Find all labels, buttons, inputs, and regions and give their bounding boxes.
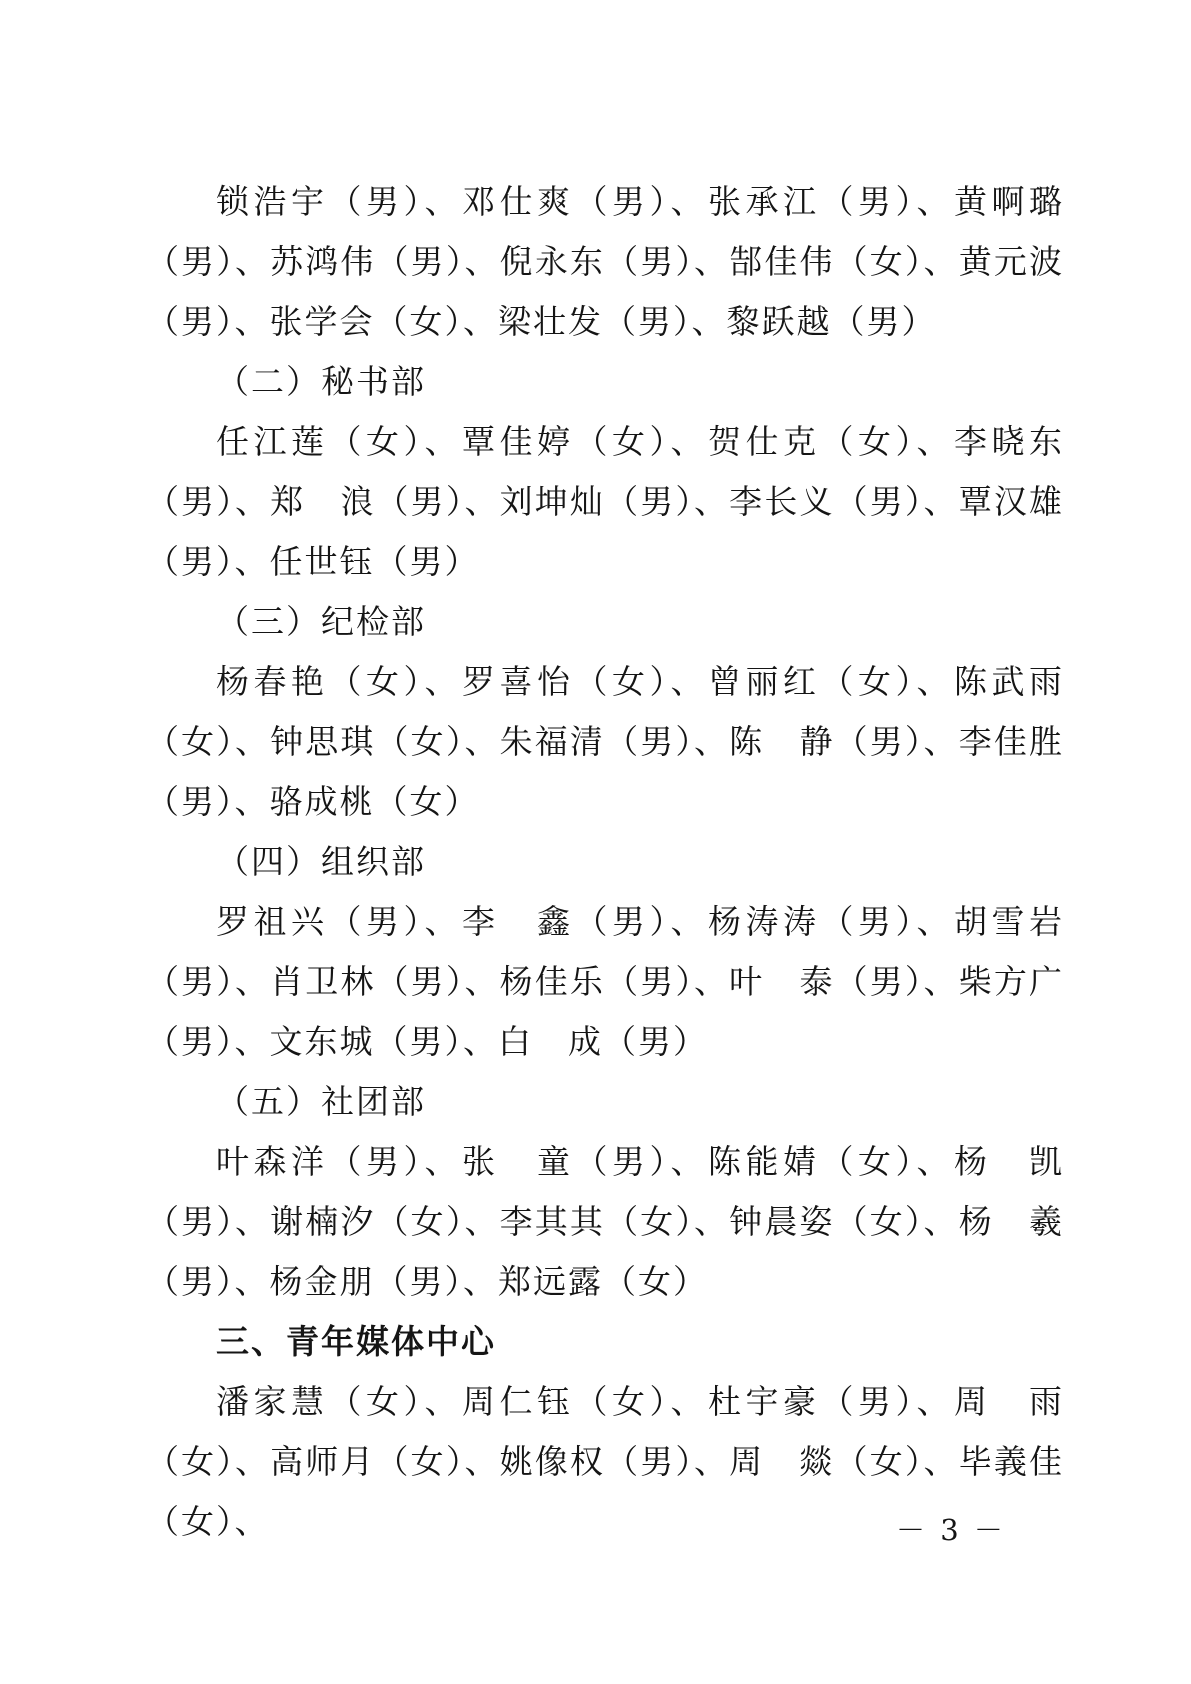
name-list-paragraph-organization: 罗祖兴（男）、李 鑫（男）、杨涛涛（男）、胡雪岩（男）、肖卫林（男）、杨佳乐（男… xyxy=(146,892,1064,1072)
name-list-paragraph-clubs: 叶森洋（男）、张 童（男）、陈能婧（女）、杨 凯（男）、谢楠汐（女）、李其其（女… xyxy=(146,1132,1064,1312)
section-heading-youth-media-center: 三、青年媒体中心 xyxy=(146,1312,1064,1372)
name-list-paragraph-youth-league: 锁浩宇（男）、邓仕爽（男）、张承江（男）、黄啊璐（男）、苏鸿伟（男）、倪永东（男… xyxy=(146,172,1064,352)
section-heading-discipline: （三）纪检部 xyxy=(146,592,1064,652)
document-page: 锁浩宇（男）、邓仕爽（男）、张承江（男）、黄啊璐（男）、苏鸿伟（男）、倪永东（男… xyxy=(0,0,1191,1684)
document-body: 锁浩宇（男）、邓仕爽（男）、张承江（男）、黄啊璐（男）、苏鸿伟（男）、倪永东（男… xyxy=(146,172,1064,1552)
page-number: － 3 － xyxy=(896,1508,1006,1549)
section-heading-clubs: （五）社团部 xyxy=(146,1072,1064,1132)
name-list-paragraph-secretariat: 任江莲（女）、覃佳婷（女）、贺仕克（女）、李晓东（男）、郑 浪（男）、刘坤灿（男… xyxy=(146,412,1064,592)
section-heading-secretariat: （二）秘书部 xyxy=(146,352,1064,412)
name-list-paragraph-discipline: 杨春艳（女）、罗喜怡（女）、曾丽红（女）、陈武雨（女）、钟思琪（女）、朱福清（男… xyxy=(146,652,1064,832)
section-heading-organization: （四）组织部 xyxy=(146,832,1064,892)
